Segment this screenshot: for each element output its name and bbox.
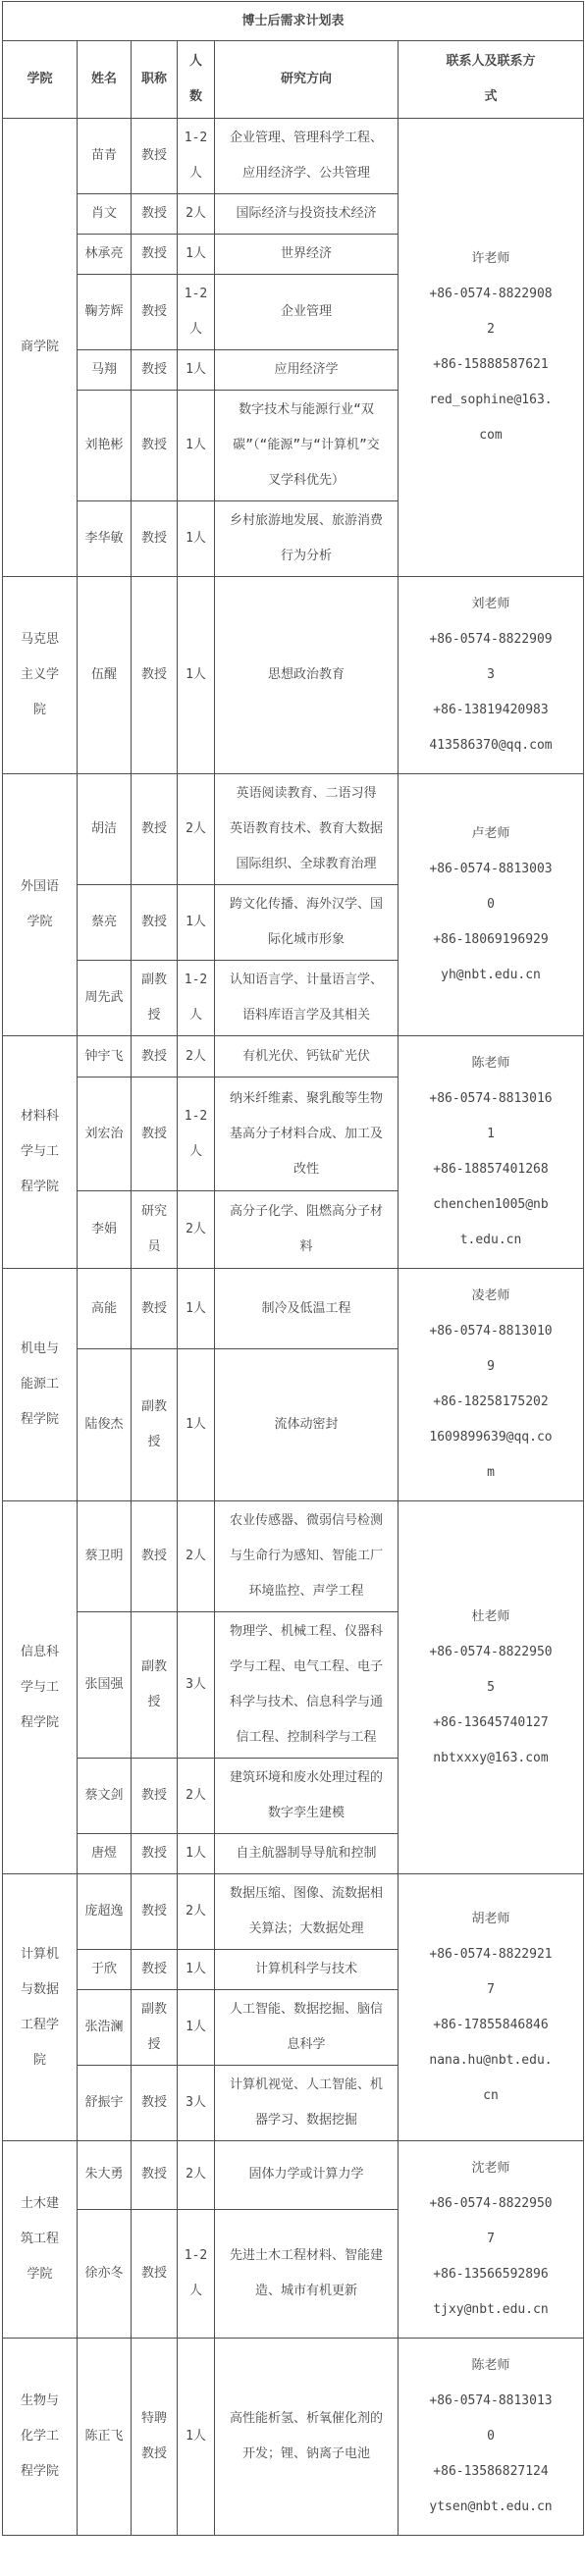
- column-header-5: 研究方向: [215, 41, 399, 119]
- headcount-cell: 3人: [178, 2066, 215, 2141]
- professional-title-cell: 教授: [132, 275, 178, 350]
- research-direction-cell: 计算机视觉、人工智能、机器学习、数据挖掘: [215, 2066, 399, 2141]
- headcount-cell: 1人: [178, 350, 215, 391]
- table-row: 商学院苗青教授1-2人企业管理、管理科学工程、应用经济学、公共管理许老师 +86…: [3, 119, 584, 194]
- contact-info-cell: 杜老师 +86-0574-88229505 +86-13645740127 nb…: [399, 1501, 584, 1874]
- professional-title-cell: 教授: [132, 391, 178, 501]
- headcount-cell: 1-2人: [178, 2209, 215, 2338]
- headcount-cell: 1-2人: [178, 1078, 215, 1191]
- person-name-cell: 胡洁: [78, 774, 132, 885]
- headcount-cell: 1-2人: [178, 961, 215, 1036]
- postdoc-demand-table: 博士后需求计划表 学院姓名职称人数研究方向联系人及联系方式 商学院苗青教授1-2…: [2, 1, 584, 2536]
- research-direction-cell: 跨文化传播、海外汉学、国际化城市形象: [215, 885, 399, 961]
- research-direction-cell: 人工智能、数据挖掘、脑信息科学: [215, 1990, 399, 2066]
- professional-title-cell: 教授: [132, 1834, 178, 1874]
- contact-info-cell: 凌老师 +86-0574-88130109 +86-18258175202 16…: [399, 1269, 584, 1501]
- professional-title-cell: 教授: [132, 194, 178, 235]
- headcount-cell: 1人: [178, 235, 215, 275]
- person-name-cell: 张浩澜: [78, 1990, 132, 2066]
- professional-title-cell: 副教授: [132, 1990, 178, 2066]
- college-name-cell: 信息科学与工程学院: [3, 1501, 78, 1874]
- person-name-cell: 高能: [78, 1269, 132, 1349]
- research-direction-cell: 建筑环境和废水处理过程的数字孪生建模: [215, 1759, 399, 1834]
- headcount-cell: 1人: [178, 577, 215, 774]
- headcount-cell: 2人: [178, 774, 215, 885]
- professional-title-cell: 教授: [132, 1759, 178, 1834]
- headcount-cell: 2人: [178, 1036, 215, 1078]
- research-direction-cell: 物理学、机械工程、仪器科学与工程、电气工程、电子科学与技术、信息科学与通信工程、…: [215, 1612, 399, 1759]
- headcount-cell: 1人: [178, 1349, 215, 1501]
- research-direction-cell: 先进土木工程材料、智能建造、城市有机更新: [215, 2209, 399, 2338]
- research-direction-cell: 有机光伏、钙钛矿光伏: [215, 1036, 399, 1078]
- table-row: 土木建筑工程学院朱大勇教授2人固体力学或计算力学沈老师 +86-0574-882…: [3, 2141, 584, 2210]
- person-name-cell: 肖文: [78, 194, 132, 235]
- professional-title-cell: 教授: [132, 1501, 178, 1612]
- research-direction-cell: 应用经济学: [215, 350, 399, 391]
- person-name-cell: 钟宇飞: [78, 1036, 132, 1078]
- contact-info-cell: 刘老师 +86-0574-88229093 +86-13819420983 41…: [399, 577, 584, 774]
- column-header-1: 学院: [3, 41, 78, 119]
- person-name-cell: 徐亦冬: [78, 2209, 132, 2338]
- professional-title-cell: 教授: [132, 501, 178, 577]
- headcount-cell: 1-2人: [178, 275, 215, 350]
- college-name-cell: 计算机与数据工程学院: [3, 1874, 78, 2141]
- person-name-cell: 陆俊杰: [78, 1349, 132, 1501]
- person-name-cell: 刘宏治: [78, 1078, 132, 1191]
- headcount-cell: 2人: [178, 2141, 215, 2210]
- college-name-cell: 生物与化学工程学院: [3, 2339, 78, 2536]
- person-name-cell: 苗青: [78, 119, 132, 194]
- column-header-4: 人数: [178, 41, 215, 119]
- research-direction-cell: 自主航器制导导航和控制: [215, 1834, 399, 1874]
- header-row: 学院姓名职称人数研究方向联系人及联系方式: [3, 41, 584, 119]
- headcount-cell: 2人: [178, 1190, 215, 1268]
- professional-title-cell: 教授: [132, 1036, 178, 1078]
- research-direction-cell: 计算机科学与技术: [215, 1950, 399, 1990]
- person-name-cell: 唐煜: [78, 1834, 132, 1874]
- person-name-cell: 于欣: [78, 1950, 132, 1990]
- person-name-cell: 周先武: [78, 961, 132, 1036]
- person-name-cell: 马翔: [78, 350, 132, 391]
- research-direction-cell: 流体动密封: [215, 1349, 399, 1501]
- headcount-cell: 1人: [178, 501, 215, 577]
- column-header-2: 姓名: [78, 41, 132, 119]
- contact-info-cell: 陈老师 +86-0574-88130130 +86-13586827124 yt…: [399, 2339, 584, 2536]
- page-title: 博士后需求计划表: [3, 2, 584, 41]
- professional-title-cell: 教授: [132, 2209, 178, 2338]
- college-name-cell: 材料科学与工程学院: [3, 1036, 78, 1269]
- professional-title-cell: 教授: [132, 2066, 178, 2141]
- professional-title-cell: 教授: [132, 235, 178, 275]
- person-name-cell: 朱大勇: [78, 2141, 132, 2210]
- professional-title-cell: 教授: [132, 885, 178, 961]
- headcount-cell: 3人: [178, 1612, 215, 1759]
- headcount-cell: 1人: [178, 1269, 215, 1349]
- headcount-cell: 2人: [178, 194, 215, 235]
- professional-title-cell: 教授: [132, 1078, 178, 1191]
- research-direction-cell: 农业传感器、微弱信号检测与生命行为感知、智能工厂环境监控、声学工程: [215, 1501, 399, 1612]
- professional-title-cell: 教授: [132, 1874, 178, 1950]
- research-direction-cell: 英语阅读教育、二语习得 英语教育技术、教育大数据 国际组织、全球教育治理: [215, 774, 399, 885]
- research-direction-cell: 纳米纤维素、聚乳酸等生物基高分子材料合成、加工及改性: [215, 1078, 399, 1191]
- person-name-cell: 林承亮: [78, 235, 132, 275]
- person-name-cell: 李华敏: [78, 501, 132, 577]
- headcount-cell: 1人: [178, 1950, 215, 1990]
- person-name-cell: 庞超逸: [78, 1874, 132, 1950]
- professional-title-cell: 教授: [132, 1950, 178, 1990]
- person-name-cell: 刘艳彬: [78, 391, 132, 501]
- column-header-6: 联系人及联系方式: [399, 41, 584, 119]
- professional-title-cell: 副教授: [132, 961, 178, 1036]
- table-row: 信息科学与工程学院蔡卫明教授2人农业传感器、微弱信号检测与生命行为感知、智能工厂…: [3, 1501, 584, 1612]
- headcount-cell: 1人: [178, 391, 215, 501]
- research-direction-cell: 认知语言学、计量语言学、语料库语言学及其相关: [215, 961, 399, 1036]
- column-header-3: 职称: [132, 41, 178, 119]
- person-name-cell: 蔡亮: [78, 885, 132, 961]
- contact-info-cell: 胡老师 +86-0574-88229217 +86-17855846846 na…: [399, 1874, 584, 2141]
- person-name-cell: 陈正飞: [78, 2339, 132, 2536]
- table-row: 计算机与数据工程学院庞超逸教授2人数据压缩、图像、流数据相关算法；大数据处理胡老…: [3, 1874, 584, 1950]
- research-direction-cell: 乡村旅游地发展、旅游消费行为分析: [215, 501, 399, 577]
- research-direction-cell: 企业管理: [215, 275, 399, 350]
- person-name-cell: 鞠芳辉: [78, 275, 132, 350]
- research-direction-cell: 世界经济: [215, 235, 399, 275]
- college-name-cell: 机电与能源工程学院: [3, 1269, 78, 1501]
- college-name-cell: 外国语学院: [3, 774, 78, 1036]
- professional-title-cell: 副教授: [132, 1349, 178, 1501]
- headcount-cell: 1人: [178, 2339, 215, 2536]
- professional-title-cell: 特聘教授: [132, 2339, 178, 2536]
- research-direction-cell: 数字技术与能源行业“双碳”（“能源”与“计算机”交叉学科优先）: [215, 391, 399, 501]
- headcount-cell: 1-2人: [178, 119, 215, 194]
- research-direction-cell: 国际经济与投资技术经济: [215, 194, 399, 235]
- college-name-cell: 土木建筑工程学院: [3, 2141, 78, 2339]
- title-row: 博士后需求计划表: [3, 2, 584, 41]
- contact-info-cell: 卢老师 +86-0574-88130030 +86-18069196929 yh…: [399, 774, 584, 1036]
- person-name-cell: 蔡文剑: [78, 1759, 132, 1834]
- research-direction-cell: 数据压缩、图像、流数据相关算法；大数据处理: [215, 1874, 399, 1950]
- headcount-cell: 1人: [178, 1834, 215, 1874]
- professional-title-cell: 教授: [132, 577, 178, 774]
- headcount-cell: 1人: [178, 1990, 215, 2066]
- research-direction-cell: 高性能析氢、析氧催化剂的开发；锂、钠离子电池: [215, 2339, 399, 2536]
- professional-title-cell: 研究员: [132, 1190, 178, 1268]
- person-name-cell: 李娟: [78, 1190, 132, 1268]
- research-direction-cell: 企业管理、管理科学工程、应用经济学、公共管理: [215, 119, 399, 194]
- table-row: 材料科学与工程学院钟宇飞教授2人有机光伏、钙钛矿光伏陈老师 +86-0574-8…: [3, 1036, 584, 1078]
- contact-info-cell: 沈老师 +86-0574-88229507 +86-13566592896 tj…: [399, 2141, 584, 2339]
- table-row: 机电与能源工程学院高能教授1人制冷及低温工程凌老师 +86-0574-88130…: [3, 1269, 584, 1349]
- headcount-cell: 2人: [178, 1759, 215, 1834]
- person-name-cell: 张国强: [78, 1612, 132, 1759]
- college-name-cell: 马克思主义学院: [3, 577, 78, 774]
- research-direction-cell: 制冷及低温工程: [215, 1269, 399, 1349]
- person-name-cell: 蔡卫明: [78, 1501, 132, 1612]
- person-name-cell: 舒振宇: [78, 2066, 132, 2141]
- table-row: 生物与化学工程学院陈正飞特聘教授1人高性能析氢、析氧催化剂的开发；锂、钠离子电池…: [3, 2339, 584, 2536]
- college-name-cell: 商学院: [3, 119, 78, 577]
- table-row: 马克思主义学院伍醒教授1人思想政治教育刘老师 +86-0574-88229093…: [3, 577, 584, 774]
- professional-title-cell: 教授: [132, 1269, 178, 1349]
- contact-info-cell: 陈老师 +86-0574-88130161 +86-18857401268 ch…: [399, 1036, 584, 1269]
- professional-title-cell: 教授: [132, 2141, 178, 2210]
- headcount-cell: 1人: [178, 885, 215, 961]
- person-name-cell: 伍醒: [78, 577, 132, 774]
- headcount-cell: 2人: [178, 1501, 215, 1612]
- research-direction-cell: 思想政治教育: [215, 577, 399, 774]
- table-row: 外国语学院胡洁教授2人英语阅读教育、二语习得 英语教育技术、教育大数据 国际组织…: [3, 774, 584, 885]
- research-direction-cell: 固体力学或计算力学: [215, 2141, 399, 2210]
- professional-title-cell: 教授: [132, 350, 178, 391]
- headcount-cell: 2人: [178, 1874, 215, 1950]
- professional-title-cell: 教授: [132, 774, 178, 885]
- research-direction-cell: 高分子化学、阻燃高分子材料: [215, 1190, 399, 1268]
- professional-title-cell: 教授: [132, 119, 178, 194]
- professional-title-cell: 副教授: [132, 1612, 178, 1759]
- contact-info-cell: 许老师 +86-0574-88229082 +86-15888587621 re…: [399, 119, 584, 577]
